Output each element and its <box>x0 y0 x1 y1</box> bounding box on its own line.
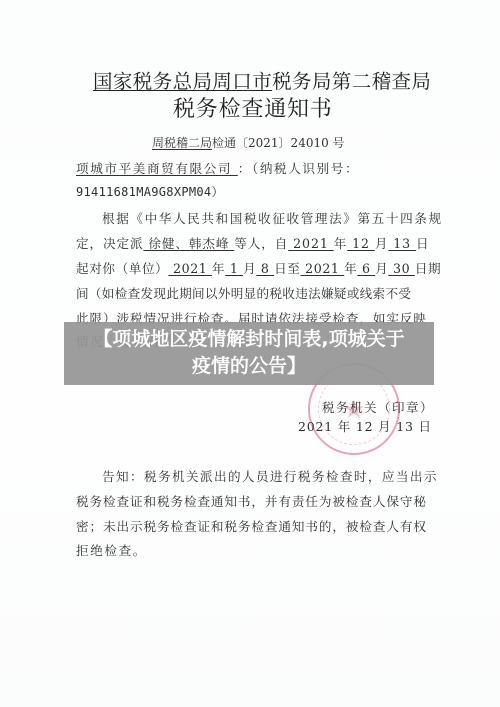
addressee-line: 项城市平美商贸有限公司 ：（纳税人识别号： <box>76 158 359 177</box>
addressee-suffix: ：（纳税人识别号： <box>238 161 359 176</box>
body-line-4: 间（如检查发现此期间以外明显的税收违法嫌疑或线索不受 <box>76 283 411 302</box>
start-month: 12 <box>347 236 375 251</box>
period-to-month: 6 <box>357 261 375 276</box>
notice-line-4: 拒绝检查。 <box>76 540 147 559</box>
issuing-authority: 国家税务总局周口市税务局第二稽查局 <box>93 66 431 94</box>
body-line-3: 起对你（单位） 2021 年 1 月 8 日至 2021 年 6 月 30 日期 <box>76 258 441 277</box>
company-name: 项城市平美商贸有限公司 <box>76 161 238 176</box>
notice-line-2: 税务检查证和税务检查通知书，并有责任为被检查人保守秘 <box>76 491 427 510</box>
doc-number-prefix: 周税稽二局 <box>152 136 212 150</box>
notice-line-1: 告知：税务机关派出的人员进行税务检查时，应当出示 <box>102 466 438 485</box>
start-year: 2021 <box>288 236 333 251</box>
period-from-year: 2021 <box>168 261 212 276</box>
taxpayer-id: 91411681MA9G8XPM04） <box>76 183 224 200</box>
period-from-day: 8 <box>256 261 274 276</box>
document-title: 税务检查通知书 <box>173 92 333 123</box>
issuer-underlined: 国家税务总局周口市 <box>93 70 272 93</box>
body-line-2: 定，决定派 徐健、韩杰峰 等人，自 2021 年 12 月 13 日 <box>76 233 429 252</box>
inspector-names: 徐健、韩杰峰 <box>143 236 234 251</box>
banner-line-2: 疫情的公告】 <box>64 353 434 380</box>
period-to-year: 2021 <box>300 261 344 276</box>
seal-date: 2021 年 12 月 13 日 <box>298 417 432 435</box>
document-page: 国家税务总局周口市税务局第二稽查局 税务检查通知书 周税稽二局检通〔2021〕2… <box>0 0 500 707</box>
seal-label: 税务机关（印章） <box>322 398 434 416</box>
period-from-month: 1 <box>225 261 243 276</box>
banner-line-1: 【项城地区疫情解封时间表,项城关于 <box>64 326 434 353</box>
period-to-day: 30 <box>388 261 414 276</box>
start-day: 13 <box>388 236 416 251</box>
document-number: 周税稽二局检通〔2021〕24010 号 <box>152 134 345 151</box>
doc-number-rest: 检通〔2021〕24010 号 <box>212 136 345 150</box>
notice-line-3: 密；未出示税务检查证和税务检查通知书的，被检查人有权 <box>76 516 427 535</box>
body-line-1: 根据《中华人民共和国税收征收管理法》第五十四条规 <box>102 208 443 227</box>
issuer-rest: 税务局第二稽查局 <box>272 70 431 93</box>
headline-overlay-banner: 【项城地区疫情解封时间表,项城关于 疫情的公告】 <box>64 322 434 385</box>
